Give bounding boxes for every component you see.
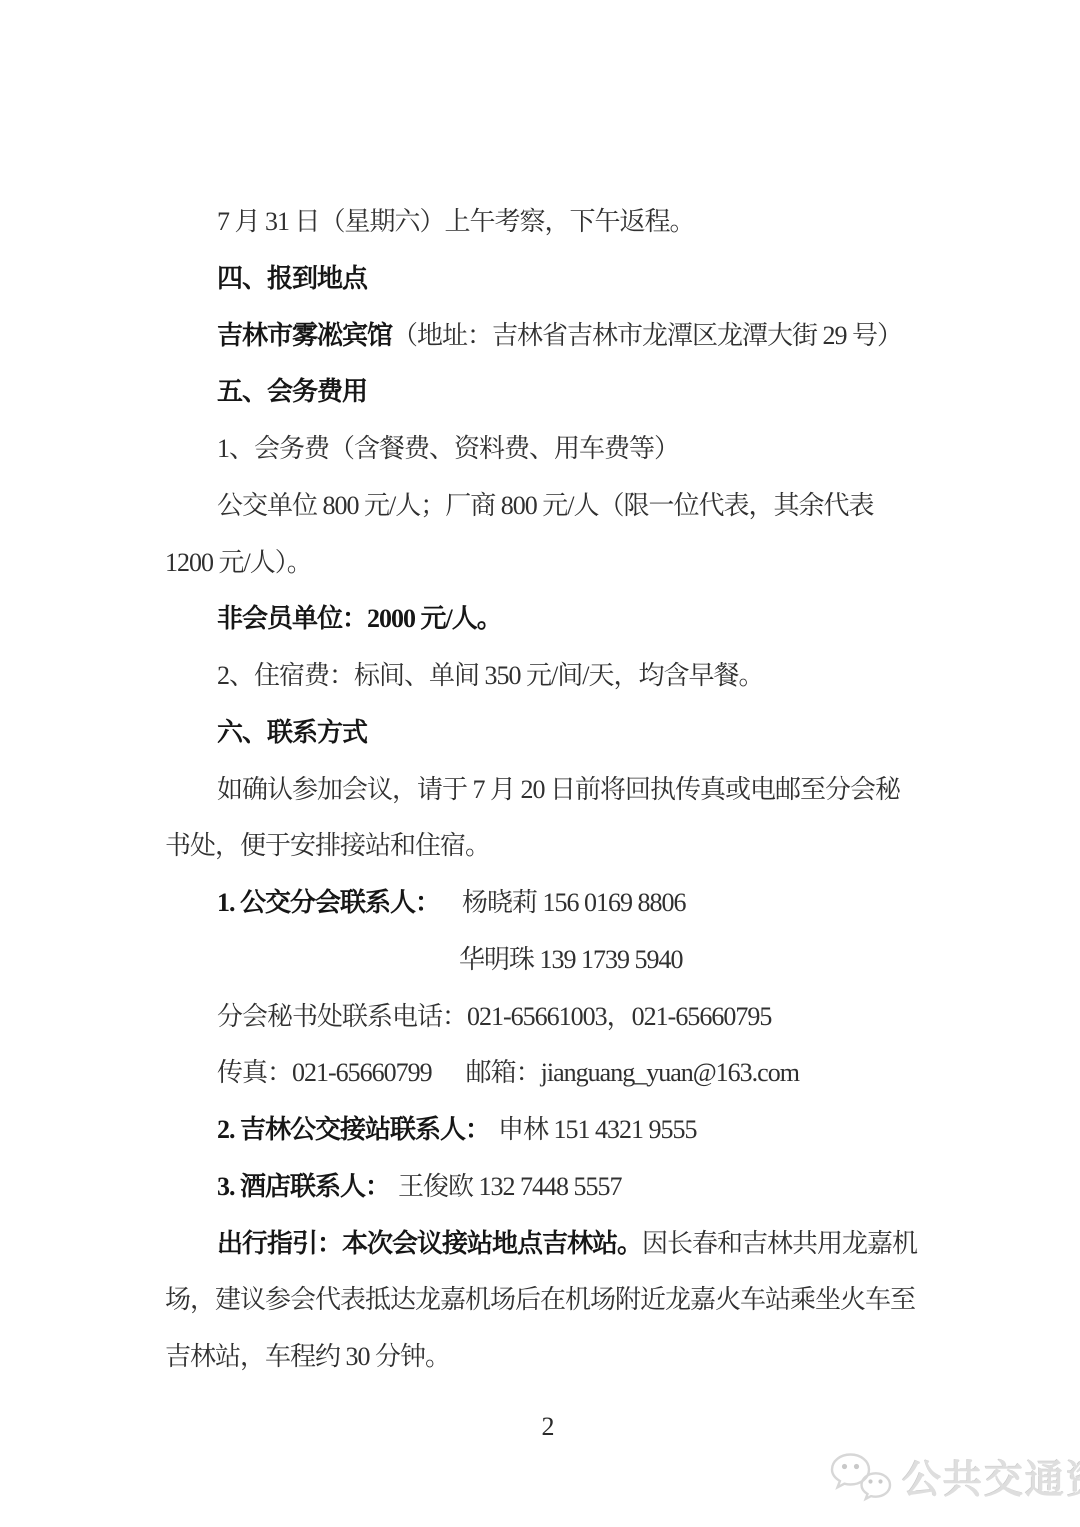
fee-detail-1-text: 公交单位 800 元/人；厂商 800 元/人（限一位代表，其余代表 [217,491,873,520]
line-secretariat-phone: 分会秘书处联系电话：021-65661003，021-65660795 [165,989,931,1046]
hotel-name: 吉林市雾凇宾馆 [217,321,392,350]
wechat-icon [828,1450,894,1504]
jilin-pickup-label: 2. 吉林公交接站联系人： [217,1115,490,1144]
hotel-contact-name-phone: 王俊欧 132 7448 5557 [398,1172,622,1201]
email-address: 邮箱：jianguang_yuan@163.com [466,1058,799,1087]
fee-detail-2-text: 1200 元/人）。 [165,548,312,577]
hotel-address: （地址：吉林省吉林市龙潭区龙潭大街 29 号） [392,321,902,350]
heading-text: 五、会务费用 [217,377,367,406]
travel-guide-label: 出行指引：本次会议接站地点吉林站。 [217,1229,642,1258]
fax-number: 传真：021-65660799 [217,1058,432,1087]
line-accommodation-fee: 2、住宿费：标间、单间 350 元/间/天，均含早餐。 [165,648,931,705]
heading-text: 四、报到地点 [217,264,367,293]
watermark-label: 公共交通资讯 [902,1449,1080,1505]
line-fax-email: 传真：021-65660799邮箱：jianguang_yuan@163.com [165,1045,931,1102]
line-nonmember-fee: 非会员单位：2000 元/人。 [165,591,931,648]
document-body: 7 月 31 日（星期六）上午考察，下午返程。 四、报到地点 吉林市雾凇宾馆（地… [165,194,931,1386]
heading-section-5-conference-fees: 五、会务费用 [165,364,931,421]
travel-guide-2-text: 场，建议参会代表抵达龙嘉机场后在机场附近龙嘉火车站乘坐火车至 [165,1285,915,1314]
travel-guide-1-text: 因长春和吉林共用龙嘉机 [642,1229,917,1258]
line-fee-detail-1: 公交单位 800 元/人；厂商 800 元/人（限一位代表，其余代表 [165,478,931,535]
line-jilin-pickup-contact: 2. 吉林公交接站联系人：申林 151 4321 9555 [165,1102,931,1159]
line-travel-guide-3: 吉林站，车程约 30 分钟。 [165,1329,931,1386]
heading-section-4-registration-location: 四、报到地点 [165,251,931,308]
page-number: 2 [165,1403,931,1451]
hotel-contact-label: 3. 酒店联系人： [217,1172,390,1201]
line-confirm-instruction-1: 如确认参加会议，请于 7 月 20 日前将回执传真或电邮至分会秘 [165,762,931,819]
confirm-instruction-2-text: 书处，便于安排接站和住宿。 [165,831,490,860]
line-hotel-contact: 3. 酒店联系人：王俊欧 132 7448 5557 [165,1159,931,1216]
line-branch-contact-2: 华明珠 139 1739 5940 [165,932,931,989]
branch-contact-2-name-phone: 华明珠 139 1739 5940 [459,945,683,974]
heading-text: 六、联系方式 [217,718,367,747]
accommodation-fee-text: 2、住宿费：标间、单间 350 元/间/天，均含早餐。 [217,661,763,690]
heading-section-6-contact-info: 六、联系方式 [165,705,931,762]
secretariat-phone-text: 分会秘书处联系电话：021-65661003，021-65660795 [217,1002,771,1031]
line-confirm-instruction-2: 书处，便于安排接站和住宿。 [165,818,931,875]
nonmember-fee-text: 非会员单位：2000 元/人。 [217,604,502,633]
branch-contact-label: 1. 公交分会联系人： [217,888,440,917]
branch-contact-1-name-phone: 杨晓莉 156 0169 8806 [462,888,686,917]
schedule-return-text: 7 月 31 日（星期六）上午考察，下午返程。 [217,207,695,236]
line-travel-guide-2: 场，建议参会代表抵达龙嘉机场后在机场附近龙嘉火车站乘坐火车至 [165,1272,931,1329]
document-page: 7 月 31 日（星期六）上午考察，下午返程。 四、报到地点 吉林市雾凇宾馆（地… [0,0,1080,1527]
line-schedule-return: 7 月 31 日（星期六）上午考察，下午返程。 [165,194,931,251]
line-branch-contact-1: 1. 公交分会联系人：杨晓莉 156 0169 8806 [165,875,931,932]
line-hotel-address: 吉林市雾凇宾馆（地址：吉林省吉林市龙潭区龙潭大街 29 号） [165,308,931,365]
jilin-pickup-name-phone: 申林 151 4321 9555 [498,1115,697,1144]
fee-item-1-text: 1、会务费（含餐费、资料费、用车费等） [217,434,679,463]
watermark-logo: 公共交通资讯 [828,1449,1080,1505]
line-fee-item-1: 1、会务费（含餐费、资料费、用车费等） [165,421,931,478]
confirm-instruction-1-text: 如确认参加会议，请于 7 月 20 日前将回执传真或电邮至分会秘 [217,775,900,804]
line-fee-detail-2: 1200 元/人）。 [165,535,931,592]
line-travel-guide-1: 出行指引：本次会议接站地点吉林站。因长春和吉林共用龙嘉机 [165,1216,931,1273]
travel-guide-3-text: 吉林站，车程约 30 分钟。 [165,1342,450,1371]
